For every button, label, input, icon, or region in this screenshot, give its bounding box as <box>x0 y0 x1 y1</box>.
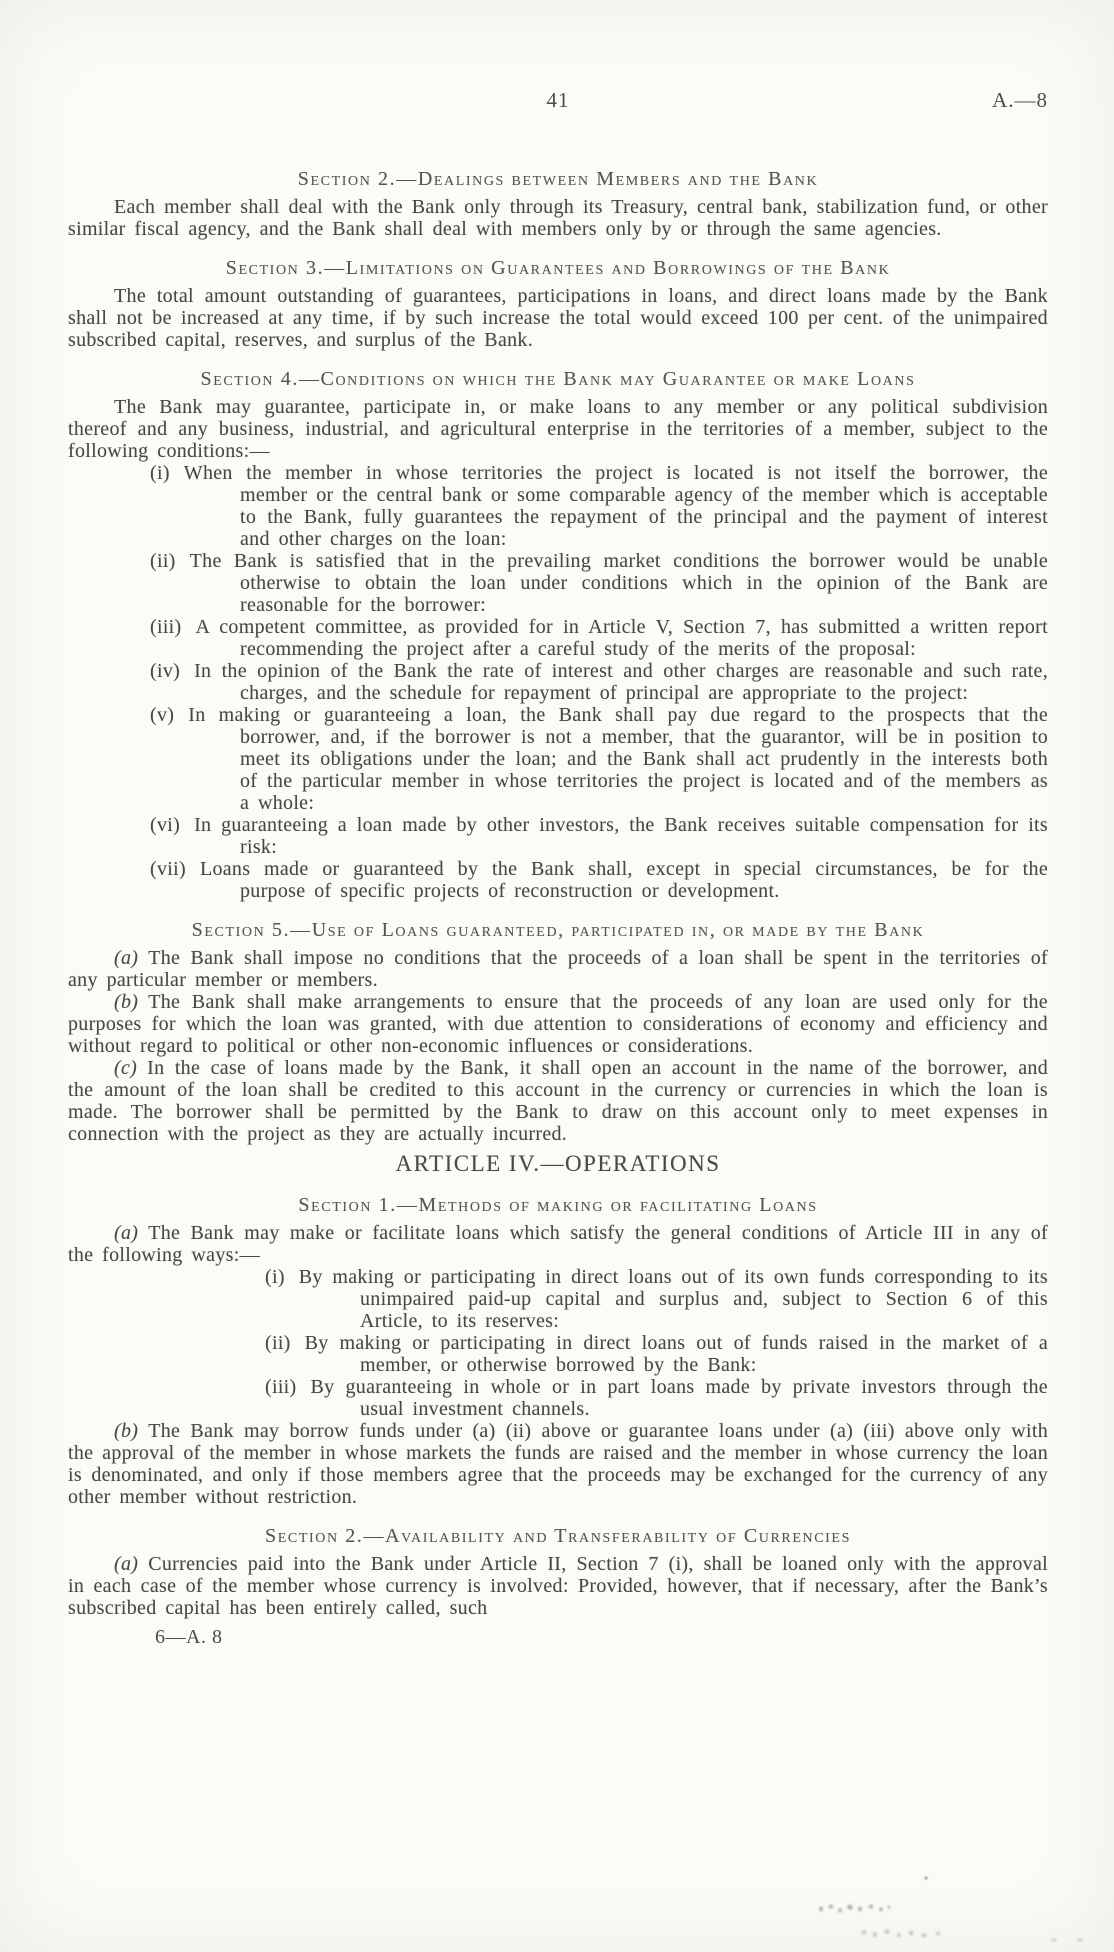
item-text: When the member in whose territories the… <box>184 462 1048 550</box>
item-marker: (ii) <box>265 1332 305 1354</box>
item-marker: (iii) <box>265 1376 311 1398</box>
item-text: In making or guaranteeing a loan, the Ba… <box>188 704 1048 814</box>
item-marker: (iv) <box>150 660 194 682</box>
item-marker: (vi) <box>150 814 194 836</box>
section-5-paragraph-c: (c)In the case of loans made by the Bank… <box>68 1057 1048 1145</box>
paragraph-marker: (b) <box>114 991 148 1013</box>
condition-item: (ii)The Bank is satisfied that in the pr… <box>68 550 1048 616</box>
item-marker: (vii) <box>150 858 200 880</box>
way-item: (iii)By guaranteeing in whole or in part… <box>68 1376 1048 1420</box>
section-5-heading: Section 5.—Use of Loans guaranteed, part… <box>68 919 1048 941</box>
item-text: By guaranteeing in whole or in part loan… <box>311 1376 1049 1420</box>
section-5-paragraph-a: (a)The Bank shall impose no conditions t… <box>68 947 1048 991</box>
scanned-document-page: 41 A.—8 Section 2.—Dealings between Memb… <box>0 0 1114 1952</box>
item-text: Loans made or guaranteed by the Bank sha… <box>200 858 1048 902</box>
item-text: In the opinion of the Bank the rate of i… <box>194 660 1048 704</box>
item-marker: (i) <box>150 462 184 484</box>
paragraph-text: The Bank may borrow funds under (a) (ii)… <box>68 1420 1048 1508</box>
ink-smudge <box>922 1874 930 1882</box>
item-text: In guaranteeing a loan made by other inv… <box>194 814 1048 858</box>
item-text: The Bank is satisfied that in the prevai… <box>190 550 1048 616</box>
condition-item: (iv)In the opinion of the Bank the rate … <box>68 660 1048 704</box>
paragraph-marker: (b) <box>114 1420 148 1442</box>
article-4-title: ARTICLE IV.—OPERATIONS <box>68 1151 1048 1177</box>
item-marker: (iii) <box>150 616 196 638</box>
item-marker: (i) <box>265 1266 299 1288</box>
item-text: By making or participating in direct loa… <box>305 1332 1048 1376</box>
paragraph-marker: (a) <box>114 1553 148 1575</box>
condition-item: (i)When the member in whose territories … <box>68 462 1048 550</box>
article-4-section-2-paragraph-a: (a)Currencies paid into the Bank under A… <box>68 1553 1048 1619</box>
ink-smudge <box>858 1923 950 1943</box>
item-marker: (ii) <box>150 550 190 572</box>
section-2-paragraph: Each member shall deal with the Bank onl… <box>68 196 1048 240</box>
paragraph-text: The Bank shall impose no conditions that… <box>68 947 1048 991</box>
condition-item: (v)In making or guaranteeing a loan, the… <box>68 704 1048 814</box>
paragraph-text: Currencies paid into the Bank under Arti… <box>68 1553 1048 1619</box>
ink-smudge <box>1046 1936 1092 1944</box>
article-4-section-1-heading: Section 1.—Methods of making or facilita… <box>68 1194 1048 1216</box>
section-3-paragraph: The total amount outstanding of guarante… <box>68 285 1048 351</box>
article-4-section-1-paragraph-a: (a)The Bank may make or facilitate loans… <box>68 1222 1048 1266</box>
paragraph-text: The Bank may make or facilitate loans wh… <box>68 1222 1048 1266</box>
item-text: By making or participating in direct loa… <box>299 1266 1048 1332</box>
way-item: (ii)By making or participating in direct… <box>68 1332 1048 1376</box>
condition-item: (vii)Loans made or guaranteed by the Ban… <box>68 858 1048 902</box>
article-4-section-2-heading: Section 2.—Availability and Transferabil… <box>68 1525 1048 1547</box>
page-header: 41 A.—8 <box>68 88 1048 113</box>
section-5-paragraph-b: (b)The Bank shall make arrangements to e… <box>68 991 1048 1057</box>
paragraph-marker: (c) <box>114 1057 147 1079</box>
paragraph-text: The Bank shall make arrangements to ensu… <box>68 991 1048 1057</box>
page-number: 41 <box>547 88 570 113</box>
document-ref: A.—8 <box>570 88 1049 113</box>
paragraph-marker: (a) <box>114 1222 148 1244</box>
section-3-heading: Section 3.—Limitations on Guarantees and… <box>68 257 1048 279</box>
page-content: 41 A.—8 Section 2.—Dealings between Memb… <box>0 0 1114 1649</box>
section-4-intro: The Bank may guarantee, participate in, … <box>68 396 1048 462</box>
paragraph-marker: (a) <box>114 947 148 969</box>
paragraph-text: In the case of loans made by the Bank, i… <box>68 1057 1048 1145</box>
condition-item: (iii)A competent committee, as provided … <box>68 616 1048 660</box>
item-marker: (v) <box>150 704 188 726</box>
article-4-section-1-paragraph-b: (b)The Bank may borrow funds under (a) (… <box>68 1420 1048 1508</box>
printer-signature-mark: 6—A. 8 <box>68 1626 1048 1649</box>
item-text: A competent committee, as provided for i… <box>196 616 1049 660</box>
condition-item: (vi)In guaranteeing a loan made by other… <box>68 814 1048 858</box>
ink-smudge <box>815 1897 895 1919</box>
section-2-heading: Section 2.—Dealings between Members and … <box>68 168 1048 190</box>
section-4-heading: Section 4.—Conditions on which the Bank … <box>68 368 1048 390</box>
way-item: (i)By making or participating in direct … <box>68 1266 1048 1332</box>
